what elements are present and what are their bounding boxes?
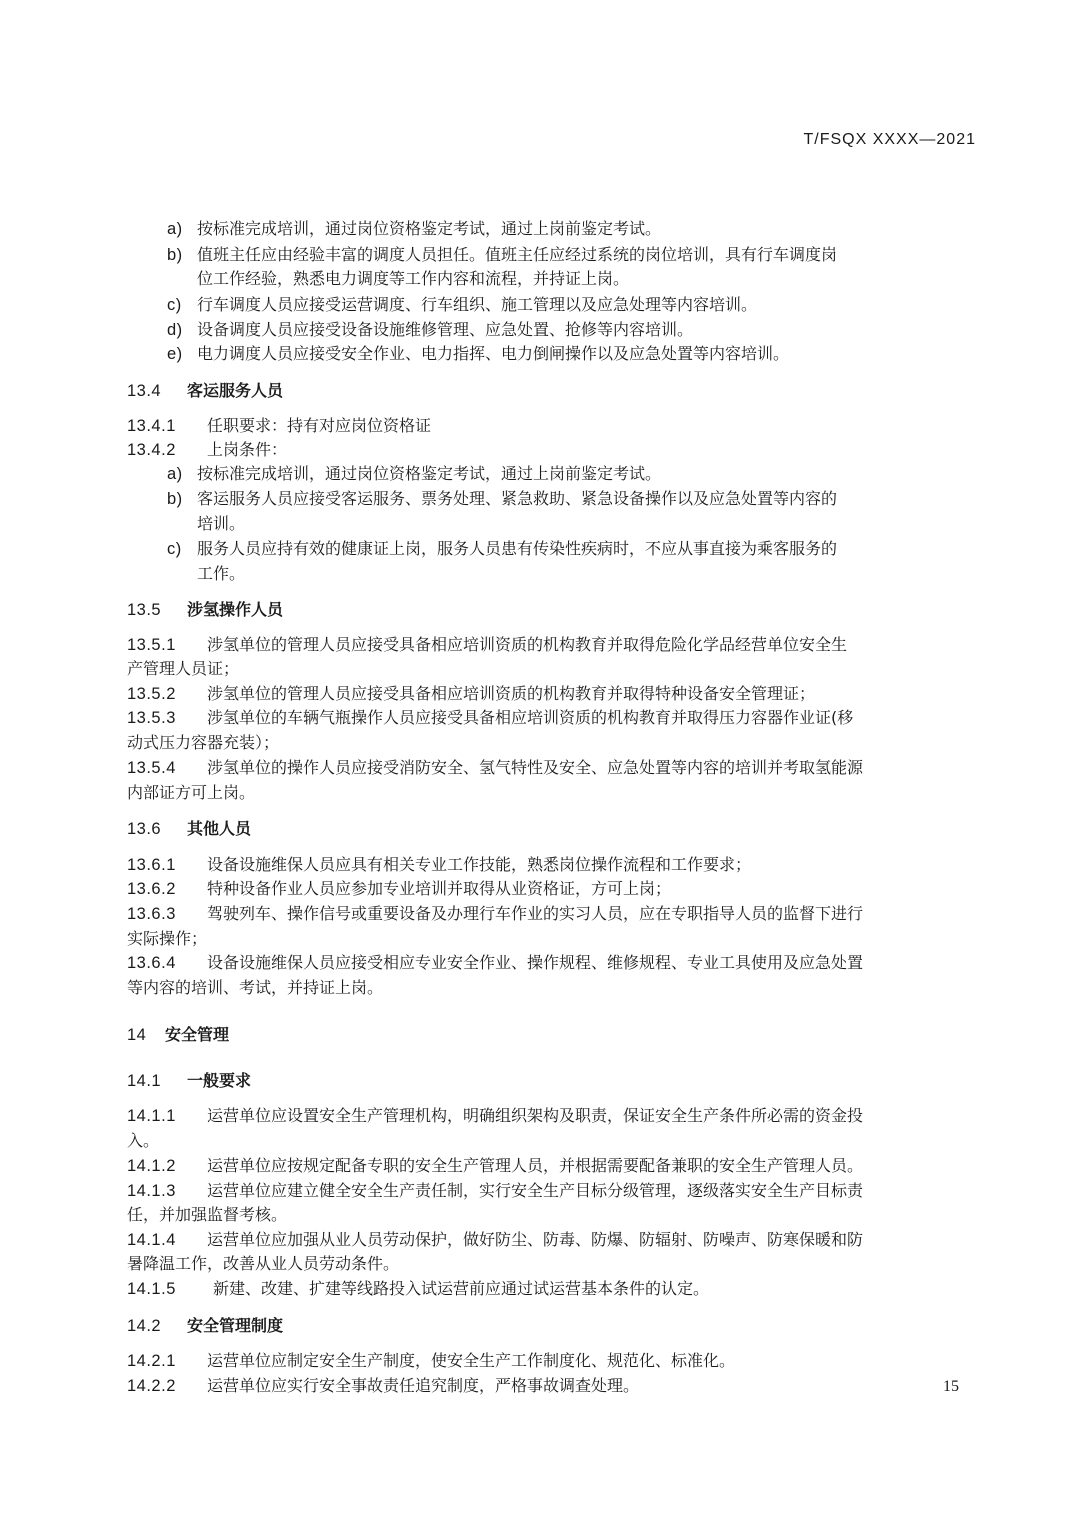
section-heading-14-2: 14.2 安全管理制度 xyxy=(127,1315,161,1337)
list-text: 电力调度人员应接受安全作业、电力指挥、电力倒闸操作以及应急处置等内容培训。 xyxy=(197,343,789,365)
clause-continuation: 入。 xyxy=(127,1130,159,1152)
clause-number: 13.5.1 xyxy=(127,636,176,654)
clause-number: 14.2.2 xyxy=(127,1377,176,1395)
section-heading-13-4: 13.4 客运服务人员 xyxy=(127,380,161,402)
clause-text: 运营单位应制定安全生产制度，使安全生产工作制度化、规范化、标准化。 xyxy=(207,1350,735,1372)
clause-number: 14.1.2 xyxy=(127,1157,176,1175)
clause-number: 13.4.2 xyxy=(127,441,176,459)
clause-number: 13.6.4 xyxy=(127,954,176,972)
list-text: 服务人员应持有效的健康证上岗，服务人员患有传染性疾病时，不应从事直接为乘客服务的 xyxy=(197,538,837,560)
clause-continuation: 暑降温工作，改善从业人员劳动条件。 xyxy=(127,1253,399,1275)
page-number: 15 xyxy=(943,1378,959,1396)
clause-continuation: 任，并加强监督考核。 xyxy=(127,1204,287,1226)
list-text: 培训。 xyxy=(197,513,245,535)
clause-14-1-4: 14.1.4 运营单位应加强从业人员劳动保护，做好防尘、防毒、防爆、防辐射、防噪… xyxy=(127,1229,176,1251)
list-label: d) xyxy=(167,319,183,341)
clause-13-6-1: 13.6.1 设备设施维保人员应具有相关专业工作技能，熟悉岗位操作流程和工作要求… xyxy=(127,854,176,876)
clause-number: 14.2.1 xyxy=(127,1352,176,1370)
chapter-title: 安全管理 xyxy=(165,1024,229,1046)
section-heading-13-6: 13.6 其他人员 xyxy=(127,818,161,840)
clause-text: 实际操作； xyxy=(127,929,207,948)
clause-text: 内部证方可上岗。 xyxy=(127,783,255,802)
clause-14-1-1: 14.1.1 运营单位应设置安全生产管理机构，明确组织架构及职责，保证安全生产条… xyxy=(127,1105,176,1127)
section-title: 安全管理制度 xyxy=(187,1315,283,1337)
clause-14-2-1: 14.2.1 运营单位应制定安全生产制度，使安全生产工作制度化、规范化、标准化。 xyxy=(127,1350,176,1372)
clause-number: 14.1.4 xyxy=(127,1231,176,1249)
clause-number: 13.6.2 xyxy=(127,880,176,898)
list-text: 客运服务人员应接受客运服务、票务处理、紧急救助、紧急设备操作以及应急处置等内容的 xyxy=(197,488,837,510)
clause-continuation: 内部证方可上岗。 xyxy=(127,782,255,804)
clause-text: 上岗条件： xyxy=(207,439,287,461)
clause-continuation: 实际操作； xyxy=(127,928,207,950)
clause-number: 13.6.1 xyxy=(127,856,176,874)
clause-14-1-3: 14.1.3 运营单位应建立健全安全生产责任制，实行安全生产目标分级管理，逐级落… xyxy=(127,1180,176,1202)
standard-code-header: T/FSQX XXXX—2021 xyxy=(803,131,976,149)
list-label: e) xyxy=(167,343,183,365)
clause-14-1-5: 14.1.5 新建、改建、扩建等线路投入试运营前应通过试运营基本条件的认定。 xyxy=(127,1278,176,1300)
clause-text: 涉氢单位的管理人员应接受具备相应培训资质的机构教育并取得特种设备安全管理证； xyxy=(207,683,815,705)
clause-continuation: 等内容的培训、考试，并持证上岗。 xyxy=(127,977,383,999)
clause-13-5-2: 13.5.2 涉氢单位的管理人员应接受具备相应培训资质的机构教育并取得特种设备安… xyxy=(127,683,176,705)
clause-13-6-2: 13.6.2 特种设备作业人员应参加专业培训并取得从业资格证，方可上岗； xyxy=(127,878,176,900)
clause-text: 涉氢单位的车辆气瓶操作人员应接受具备相应培训资质的机构教育并取得压力容器作业证(… xyxy=(207,707,853,729)
section-heading-13-5: 13.5 涉氢操作人员 xyxy=(127,599,161,621)
clause-14-2-2: 14.2.2 运营单位应实行安全事故责任追究制度，严格事故调查处理。 xyxy=(127,1375,176,1397)
clause-text: 运营单位应建立健全安全生产责任制，实行安全生产目标分级管理，逐级落实安全生产目标… xyxy=(207,1180,863,1202)
clause-number: 13.5.2 xyxy=(127,685,176,703)
list-text: 行车调度人员应接受运营调度、行车组织、施工管理以及应急处理等内容培训。 xyxy=(197,294,757,316)
section-number: 13.5 xyxy=(127,601,161,619)
section-number: 13.4 xyxy=(127,382,161,400)
clause-13-5-3: 13.5.3 涉氢单位的车辆气瓶操作人员应接受具备相应培训资质的机构教育并取得压… xyxy=(127,707,176,729)
clause-text: 设备设施维保人员应具有相关专业工作技能，熟悉岗位操作流程和工作要求； xyxy=(207,854,751,876)
list-text: 位工作经验，熟悉电力调度等工作内容和流程，并持证上岗。 xyxy=(197,268,629,290)
section-title: 一般要求 xyxy=(187,1070,251,1092)
clause-13-4-2: 13.4.2 上岗条件： xyxy=(127,439,176,461)
clause-text: 新建、改建、扩建等线路投入试运营前应通过试运营基本条件的认定。 xyxy=(213,1278,709,1300)
clause-continuation: 产管理人员证； xyxy=(127,658,239,680)
section-heading-14-1: 14.1 一般要求 xyxy=(127,1070,161,1092)
clause-text: 设备设施维保人员应接受相应专业安全作业、操作规程、维修规程、专业工具使用及应急处… xyxy=(207,952,863,974)
chapter-heading-14: 14 安全管理 xyxy=(127,1024,146,1046)
clause-number: 14.1.3 xyxy=(127,1182,176,1200)
clause-text: 等内容的培训、考试，并持证上岗。 xyxy=(127,978,383,997)
list-label: b) xyxy=(167,488,183,510)
clause-text: 特种设备作业人员应参加专业培训并取得从业资格证，方可上岗； xyxy=(207,878,671,900)
clause-13-6-3: 13.6.3 驾驶列车、操作信号或重要设备及办理行车作业的实习人员，应在专职指导… xyxy=(127,903,176,925)
clause-number: 13.6.3 xyxy=(127,905,176,923)
section-title: 其他人员 xyxy=(187,818,251,840)
chapter-number: 14 xyxy=(127,1026,146,1044)
clause-13-4-1: 13.4.1 任职要求：持有对应岗位资格证 xyxy=(127,415,176,437)
clause-continuation: 动式压力容器充装）； xyxy=(127,732,279,754)
section-number: 13.6 xyxy=(127,820,161,838)
list-text: 设备调度人员应接受设备设施维修管理、应急处置、抢修等内容培训。 xyxy=(197,319,693,341)
clause-number: 13.5.4 xyxy=(127,759,176,777)
clause-text: 运营单位应实行安全事故责任追究制度，严格事故调查处理。 xyxy=(207,1375,639,1397)
list-label: a) xyxy=(167,218,183,240)
list-label: c) xyxy=(167,294,182,316)
section-title: 涉氢操作人员 xyxy=(187,599,283,621)
clause-13-5-1: 13.5.1 涉氢单位的管理人员应接受具备相应培训资质的机构教育并取得危险化学品… xyxy=(127,634,176,656)
clause-number: 13.5.3 xyxy=(127,709,176,727)
clause-text: 运营单位应设置安全生产管理机构，明确组织架构及职责，保证安全生产条件所必需的资金… xyxy=(207,1105,863,1127)
clause-number: 13.4.1 xyxy=(127,417,176,435)
clause-text: 任，并加强监督考核。 xyxy=(127,1205,287,1224)
clause-13-5-4: 13.5.4 涉氢单位的操作人员应接受消防安全、氢气特性及安全、应急处置等内容的… xyxy=(127,757,176,779)
clause-text: 暑降温工作，改善从业人员劳动条件。 xyxy=(127,1254,399,1273)
clause-text: 入。 xyxy=(127,1131,159,1150)
section-number: 14.2 xyxy=(127,1317,161,1335)
clause-text: 运营单位应加强从业人员劳动保护，做好防尘、防毒、防爆、防辐射、防噪声、防寒保暖和… xyxy=(207,1229,863,1251)
list-text: 工作。 xyxy=(197,563,245,585)
section-number: 14.1 xyxy=(127,1072,161,1090)
clause-text: 产管理人员证； xyxy=(127,659,239,678)
clause-number: 14.1.5 xyxy=(127,1280,176,1298)
clause-text: 涉氢单位的管理人员应接受具备相应培训资质的机构教育并取得危险化学品经营单位安全生 xyxy=(207,634,847,656)
clause-14-1-2: 14.1.2 运营单位应按规定配备专职的安全生产管理人员，并根据需要配备兼职的安… xyxy=(127,1155,176,1177)
clause-text: 涉氢单位的操作人员应接受消防安全、氢气特性及安全、应急处置等内容的培训并考取氢能… xyxy=(207,757,863,779)
clause-number: 14.1.1 xyxy=(127,1107,176,1125)
section-title: 客运服务人员 xyxy=(187,380,283,402)
list-text: 值班主任应由经验丰富的调度人员担任。值班主任应经过系统的岗位培训，具有行车调度岗 xyxy=(197,244,837,266)
list-label: c) xyxy=(167,538,182,560)
list-text: 按标准完成培训，通过岗位资格鉴定考试，通过上岗前鉴定考试。 xyxy=(197,218,661,240)
list-label: b) xyxy=(167,244,183,266)
list-text: 按标准完成培训，通过岗位资格鉴定考试，通过上岗前鉴定考试。 xyxy=(197,463,661,485)
clause-13-6-4: 13.6.4 设备设施维保人员应接受相应专业安全作业、操作规程、维修规程、专业工… xyxy=(127,952,176,974)
clause-text: 任职要求：持有对应岗位资格证 xyxy=(207,415,431,437)
clause-text: 动式压力容器充装）； xyxy=(127,733,279,752)
clause-text: 运营单位应按规定配备专职的安全生产管理人员，并根据需要配备兼职的安全生产管理人员… xyxy=(207,1155,863,1177)
list-label: a) xyxy=(167,463,183,485)
clause-text: 驾驶列车、操作信号或重要设备及办理行车作业的实习人员，应在专职指导人员的监督下进… xyxy=(207,903,863,925)
